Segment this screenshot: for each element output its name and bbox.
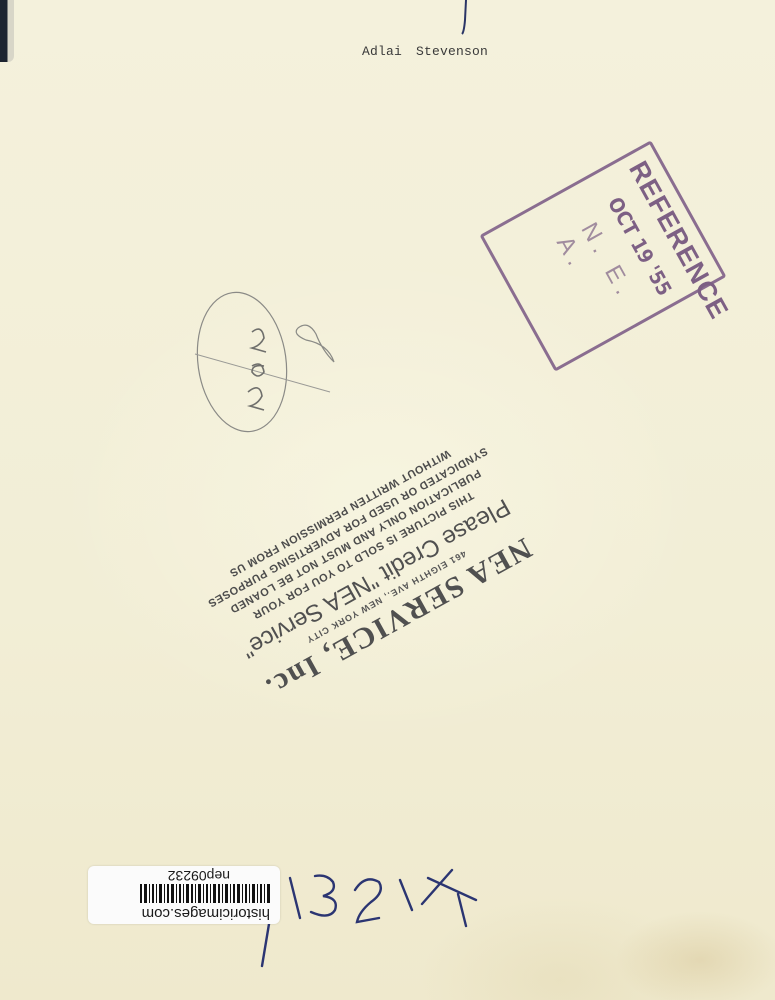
barcode-label: historicimages.com nep09232 [88,866,280,924]
pen-stroke-mark [460,0,468,36]
nea-credit-stamp: NEA SERVICE, Inc. 461 EIGHTH AVE., NEW Y… [196,418,556,688]
label-code: nep09232 [168,868,230,884]
label-site-name: historicimages.com [142,905,270,922]
photo-edge-corner [0,0,14,62]
photo-caption: Adlai Stevenson [362,44,488,59]
barcode-icon [140,884,270,903]
